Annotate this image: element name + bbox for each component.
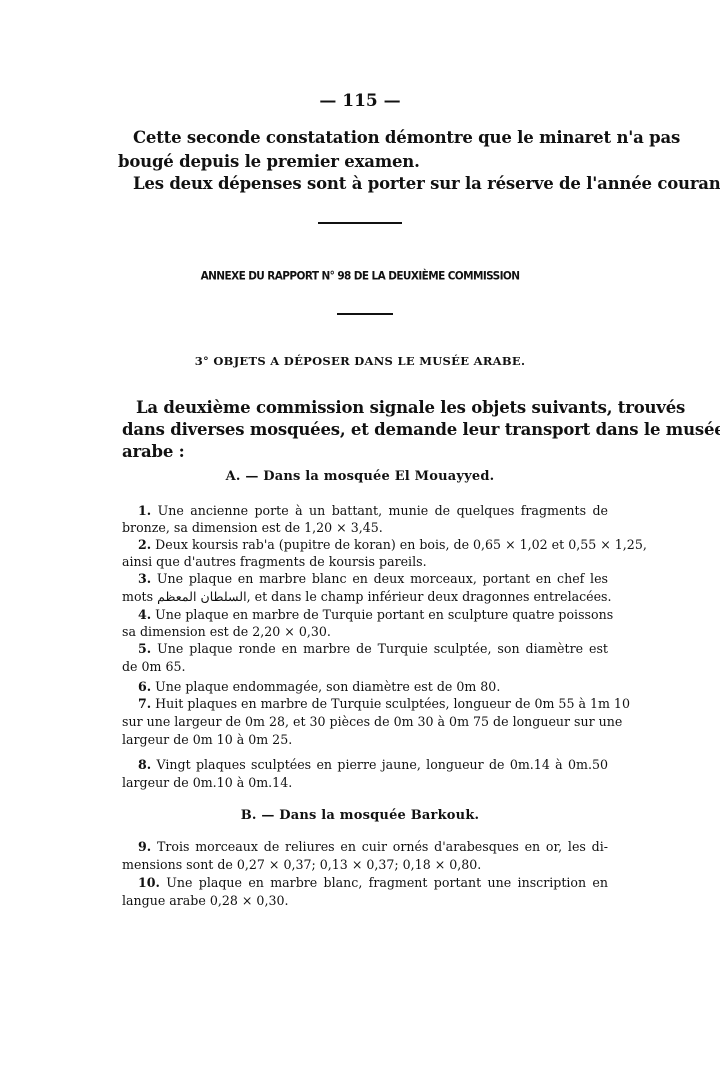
item-8-line-2: largeur de 0m.10 à 0m.14.	[122, 774, 608, 792]
divider-top	[318, 222, 402, 224]
item-number: 1.	[138, 503, 151, 518]
item-2-line-1: 2. Deux koursis rab'a (pupitre de koran)…	[138, 536, 608, 554]
item-number: 10.	[138, 875, 160, 890]
item-text: Vingt plaques sculptées en pierre jaune,…	[157, 757, 609, 772]
item-text: Trois morceaux de reliures en cuir ornés…	[157, 839, 608, 854]
item-4-line-2: sa dimension est de 2,20 × 0,30.	[122, 623, 608, 641]
item-8-line-1: 8. Vingt plaques sculptées en pierre jau…	[138, 756, 608, 774]
item-7-line-1: 7. Huit plaques en marbre de Turquie scu…	[138, 695, 608, 713]
item-1-line-1: 1. Une ancienne porte à un battant, muni…	[138, 502, 608, 520]
item-number: 7.	[138, 696, 151, 711]
intro-line-1: Cette seconde constatation démontre que …	[133, 128, 603, 147]
item-text: Huit plaques en marbre de Turquie sculpt…	[155, 696, 630, 711]
item-text: Une plaque en marbre blanc en deux morce…	[157, 571, 608, 586]
item-number: 4.	[138, 607, 151, 622]
item-2-line-2: ainsi que d'autres fragments de koursis …	[122, 553, 608, 571]
item-text: Une plaque en marbre blanc, fragment por…	[166, 875, 608, 890]
item-text: Une plaque ronde en marbre de Turquie sc…	[157, 641, 608, 656]
section-b-heading: B. — Dans la mosquée Barkouk.	[0, 808, 720, 823]
intro-line-3: Les deux dépenses sont à porter sur la r…	[133, 174, 603, 193]
item-3-line-1: 3. Une plaque en marbre blanc en deux mo…	[138, 570, 608, 588]
item-text: Deux koursis rab'a (pupitre de koran) en…	[155, 537, 647, 552]
item-9-line-2: mensions sont de 0,27 × 0,37; 0,13 × 0,3…	[122, 856, 608, 874]
item-7-line-2: sur une largeur de 0m 28, et 30 pièces d…	[122, 713, 608, 731]
item-number: 8.	[138, 757, 151, 772]
item-1-line-2: bronze, sa dimension est de 1,20 × 3,45.	[122, 519, 608, 537]
item-number: 6.	[138, 679, 151, 694]
item-3-line-2: mots السلطان المعظم, et dans le champ in…	[122, 588, 608, 606]
item-5-line-1: 5. Une plaque ronde en marbre de Turquie…	[138, 640, 608, 658]
annexe-title: ANNEXE DU RAPPORT N° 98 DE LA DEUXIÈME C…	[0, 269, 720, 282]
lead-line-3: arabe :	[122, 442, 185, 461]
divider-bottom	[337, 313, 393, 315]
item-number: 2.	[138, 537, 151, 552]
page-number: — 115 —	[0, 91, 720, 111]
item-number: 9.	[138, 839, 151, 854]
document-page: — 115 — Cette seconde constatation démon…	[0, 0, 720, 1082]
item-text: Une ancienne porte à un battant, munie d…	[158, 503, 608, 518]
item-9-line-1: 9. Trois morceaux de reliures en cuir or…	[138, 838, 608, 856]
item-7-line-3: largeur de 0m 10 à 0m 25.	[122, 731, 608, 749]
section-title: 3° OBJETS A DÉPOSER DANS LE MUSÉE ARABE.	[0, 354, 720, 368]
item-4-line-1: 4. Une plaque en marbre de Turquie porta…	[138, 606, 608, 624]
item-10-line-2: langue arabe 0,28 × 0,30.	[122, 892, 608, 910]
item-6-line-1: 6. Une plaque endommagée, son diamètre e…	[138, 678, 608, 696]
lead-line-1: La deuxième commission signale les objet…	[136, 398, 606, 417]
item-number: 5.	[138, 641, 151, 656]
intro-line-2: bougé depuis le premier examen.	[118, 152, 420, 171]
item-10-line-1: 10. Une plaque en marbre blanc, fragment…	[138, 874, 608, 892]
lead-line-2: dans diverses mosquées, et demande leur …	[122, 420, 606, 439]
item-text: Une plaque en marbre de Turquie portant …	[155, 607, 613, 622]
section-a-heading: A. — Dans la mosquée El Mouayyed.	[0, 469, 720, 484]
item-text: Une plaque endommagée, son diamètre est …	[155, 679, 500, 694]
item-5-line-2: de 0m 65.	[122, 658, 608, 676]
item-number: 3.	[138, 571, 151, 586]
